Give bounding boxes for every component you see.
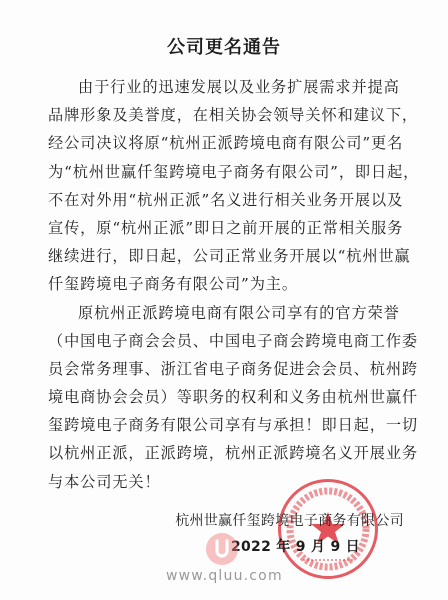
document-body: 由于行业的迅速发展以及业务扩展需求并提高 品牌形象及美誉度，在相关协会领导关怀和… bbox=[48, 73, 398, 496]
body-line: 员会常务理事、浙江省电子商务促进会会员、杭州跨 bbox=[48, 355, 398, 383]
watermark-logo-icon bbox=[206, 533, 238, 565]
body-line: （中国电子商会会员、中国电子商会跨境电商工作委 bbox=[48, 327, 398, 355]
body-line: 继续进行，即日起，公司正常业务开展以“杭州世赢 bbox=[48, 242, 398, 270]
watermark-text: www.qluu.com bbox=[166, 568, 283, 584]
body-line: 仟玺跨境电子商务有限公司”为主。 bbox=[48, 270, 398, 298]
signature-company: 杭州世赢仟玺跨境电子商务有限公司 bbox=[175, 508, 404, 534]
body-line: 由于行业的迅速发展以及业务扩展需求并提高 bbox=[48, 73, 398, 101]
body-line: 为“杭州世赢仟玺跨境电子商务有限公司”，即日起， bbox=[48, 158, 398, 186]
body-line: 经公司决议将原“杭州正派跨境电商有限公司”更名 bbox=[48, 129, 398, 157]
body-line: 原杭州正派跨境电商有限公司享有的官方荣誉 bbox=[48, 299, 398, 327]
notice-document: 公司更名通告 由于行业的迅速发展以及业务扩展需求并提高 品牌形象及美誉度，在相关… bbox=[0, 0, 448, 600]
body-line: 不在对外用“杭州正派”名义进行相关业务开展以及 bbox=[48, 186, 398, 214]
body-line: 品牌形象及美誉度，在相关协会领导关怀和建议下， bbox=[48, 101, 398, 129]
body-line: 境电商协会会员）等职务的权利和义务由杭州世赢仟 bbox=[48, 383, 398, 411]
body-line: 以杭州正派，正派跨境，杭州正派跨境名义开展业务 bbox=[48, 439, 398, 467]
body-line: 宣传，原“杭州正派”即日之前开展的正常相关服务 bbox=[48, 214, 398, 242]
body-line: 玺跨境电子商务有限公司享有与承担！即日起，一切 bbox=[48, 411, 398, 439]
document-title: 公司更名通告 bbox=[0, 33, 448, 59]
